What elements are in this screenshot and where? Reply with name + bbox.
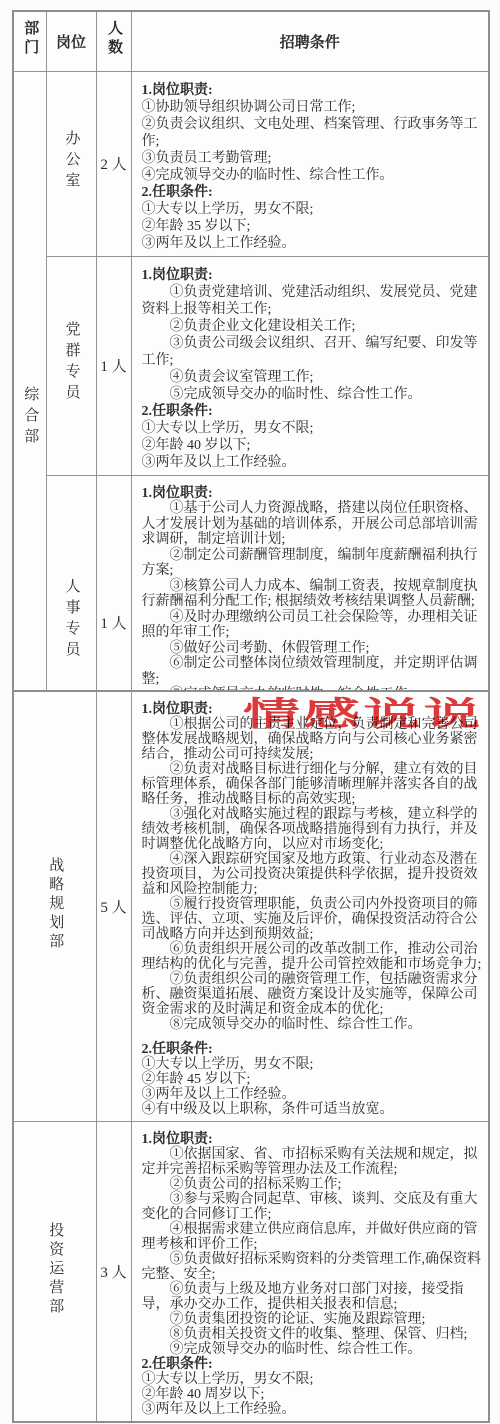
condition-line: ⑤完成领导交办的临时性、综合性工作。 bbox=[142, 386, 483, 403]
conditions-cell-strategy: 1.岗位职责:①根据公司的主责主业定位，负责制定和完善公司整体发展战略规划，确保… bbox=[131, 691, 489, 1122]
condition-line: ③两年及以上工作经验。 bbox=[142, 1087, 483, 1102]
post-label-office: 办公室 bbox=[64, 130, 79, 193]
section-heading: 1.岗位职责: bbox=[142, 267, 483, 284]
section-heading: 1.岗位职责: bbox=[142, 702, 483, 717]
condition-line: ①依据国家、省、市招标采购有关法规和规定，拟定并完善招标采购等管理办法及工作流程… bbox=[142, 1147, 483, 1177]
condition-line: ③核算公司人力成本、编制工资表，按规章制度执行薪酬福利分配工作; 根据绩效考核结… bbox=[142, 579, 483, 610]
condition-line: ①根据公司的主责主业定位，负责制定和完善公司整体发展战略规划，确保战略方向与公司… bbox=[142, 717, 483, 762]
count-cell-party: 1 人 bbox=[96, 256, 131, 475]
condition-line: ④及时办理缴纳公司员工社会保险等，办理相关证照的年审工作; bbox=[142, 610, 483, 641]
condition-line: ③负责公司级会议组织、召开、编写纪要、印发等工作; bbox=[142, 335, 483, 369]
post-cell-party: 党群专员 bbox=[46, 256, 96, 475]
section-heading: 2.任职条件: bbox=[142, 184, 483, 201]
header-count-label: 人数 bbox=[106, 20, 121, 58]
recruitment-table-other-depts: 战略规划部 5 人 1.岗位职责:①根据公司的主责主业定位，负责制定和完善公司整… bbox=[12, 690, 490, 1423]
header-conditions: 招聘条件 bbox=[131, 11, 489, 71]
conditions-text: 1.岗位职责:①依据国家、省、市招标采购有关法规和规定，拟定并完善招标采购等管理… bbox=[132, 1122, 489, 1421]
condition-line: ②年龄 40 岁以下; bbox=[142, 437, 483, 454]
table-row-strategy: 战略规划部 5 人 1.岗位职责:①根据公司的主责主业定位，负责制定和完善公司整… bbox=[13, 691, 489, 1122]
count-cell-investment: 3 人 bbox=[96, 1122, 131, 1423]
condition-line: ②制定公司薪酬管理制度，编制年度薪酬福利执行方案; bbox=[142, 548, 483, 579]
dept-cell-general: 综合部 bbox=[13, 71, 46, 770]
condition-line: ③参与采购合同起草、审核、谈判、交底及有重大变化的合同修订工作; bbox=[142, 1192, 483, 1222]
condition-line: ④根据需求建立供应商信息库，并做好供应商的管理考核和评价工作; bbox=[142, 1222, 483, 1252]
condition-line: ①协助领导组织协调公司日常工作; bbox=[142, 99, 483, 116]
condition-line: ③强化对战略实施过程的跟踪与考核，建立科学的绩效考核机制，确保各项战略措施得到有… bbox=[142, 807, 483, 852]
condition-line: ⑦负责组织公司的融资管理工作，包括融资需求分析、融资渠道拓展、融资方案设计及实施… bbox=[142, 972, 483, 1017]
condition-line: ⑨完成领导交办的临时性、综合性工作。 bbox=[142, 1342, 483, 1357]
post-label-hr: 人事专员 bbox=[64, 578, 79, 662]
condition-line: ⑥制定公司整体岗位绩效管理制度，并定期评估调整; bbox=[142, 656, 483, 687]
header-post: 岗位 bbox=[46, 11, 96, 71]
section-heading: 2.任职条件: bbox=[142, 403, 483, 420]
section-heading: 1.岗位职责: bbox=[142, 486, 483, 502]
section-heading: 1.岗位职责: bbox=[142, 1132, 483, 1147]
section-heading: 2.任职条件: bbox=[142, 1042, 483, 1057]
condition-line: ④有中级及以上职称，条件可适当放宽。 bbox=[142, 1102, 483, 1117]
condition-line: ③负责员工考勤管理; bbox=[142, 150, 483, 167]
condition-line: ④负责会议室管理工作; bbox=[142, 369, 483, 386]
conditions-text: 1.岗位职责:①负责党建培训、党建活动组织、发展党员、党建资料上报等相关工作;②… bbox=[132, 257, 489, 475]
condition-line: ③两年及以上工作经验。 bbox=[142, 1402, 483, 1417]
conditions-cell-office: 1.岗位职责:①协助领导组织协调公司日常工作;②负责会议组织、文电处理、档案管理… bbox=[131, 71, 489, 256]
condition-line: ①大专以上学历，男女不限; bbox=[142, 420, 483, 437]
condition-line: ②负责企业文化建设相关工作; bbox=[142, 318, 483, 335]
dept-cell-strategy: 战略规划部 bbox=[13, 691, 96, 1122]
condition-line: ②负责对战略目标进行细化与分解，建立有效的目标管理体系，确保各部门能够清晰理解并… bbox=[142, 762, 483, 807]
conditions-cell-investment: 1.岗位职责:①依据国家、省、市招标采购有关法规和规定，拟定并完善招标采购等管理… bbox=[131, 1122, 489, 1423]
condition-line: ⑥负责组织开展公司的改革改制工作，推动公司治理结构的优化与完善，提升公司管控效能… bbox=[142, 942, 483, 972]
condition-line: ④完成领导交办的临时性、综合性工作。 bbox=[142, 167, 483, 184]
conditions-cell-party: 1.岗位职责:①负责党建培训、党建活动组织、发展党员、党建资料上报等相关工作;②… bbox=[131, 256, 489, 475]
condition-line: ⑥负责与上级及地方业务对口部门对接，接受指导，承办交办工作，提供相关报表和信息; bbox=[142, 1282, 483, 1312]
condition-line: ⑤履行投资管理职能，负责公司内外投资项目的筛选、评估、立项、实施及后评价，确保投… bbox=[142, 897, 483, 942]
count-cell-strategy: 5 人 bbox=[96, 691, 131, 1122]
condition-line: ⑤做好公司考勤、休假管理工作; bbox=[142, 641, 483, 657]
condition-line: ②年龄 35 岁以下; bbox=[142, 218, 483, 235]
dept-cell-investment: 投资运营部 bbox=[13, 1122, 96, 1423]
post-cell-office: 办公室 bbox=[46, 71, 96, 256]
condition-line: ④深入跟踪研究国家及地方政策、行业动态及潜在投资项目，为公司投资决策提供科学依据… bbox=[142, 852, 483, 897]
table-row-office: 综合部 办公室 2 人 1.岗位职责:①协助领导组织协调公司日常工作;②负责会议… bbox=[13, 71, 489, 256]
post-label-party: 党群专员 bbox=[64, 321, 79, 405]
dept-label-strategy: 战略规划部 bbox=[47, 857, 62, 952]
header-count: 人数 bbox=[96, 11, 131, 71]
header-dept: 部门 bbox=[13, 11, 46, 71]
header-dept-label: 部门 bbox=[22, 20, 37, 58]
conditions-text: 1.岗位职责:①根据公司的主责主业定位，负责制定和完善公司整体发展战略规划，确保… bbox=[132, 692, 489, 1121]
table-row-investment: 投资运营部 3 人 1.岗位职责:①依据国家、省、市招标采购有关法规和规定，拟定… bbox=[13, 1122, 489, 1423]
condition-line: ⑧完成领导交办的临时性、综合性工作。 bbox=[142, 1017, 483, 1032]
condition-line: ②年龄 40 周岁以下; bbox=[142, 1387, 483, 1402]
recruitment-table-general-dept: 部门 岗位 人数 招聘条件 综合部 办公室 2 人 1.岗位职责:①协助领导组织… bbox=[12, 10, 490, 771]
scanned-document-page: 部门 岗位 人数 招聘条件 综合部 办公室 2 人 1.岗位职责:①协助领导组织… bbox=[0, 0, 500, 1424]
condition-line: ①大专以上学历，男女不限; bbox=[142, 1372, 483, 1387]
condition-line: ③两年及以上工作经验。 bbox=[142, 235, 483, 252]
table-row-party-affairs: 党群专员 1 人 1.岗位职责:①负责党建培训、党建活动组织、发展党员、党建资料… bbox=[13, 256, 489, 475]
condition-line: ⑤负责做好招标采购资料的分类管理工作,确保资料完整、安全; bbox=[142, 1252, 483, 1282]
condition-line: ③两年及以上工作经验。 bbox=[142, 454, 483, 471]
condition-line: ①基于公司人力资源战略，搭建以岗位任职资格、人才发展计划为基础的培训体系，开展公… bbox=[142, 501, 483, 548]
section-heading: 2.任职条件: bbox=[142, 1357, 483, 1372]
condition-line: ⑦负责集团投资的论证、实施及跟踪管理; bbox=[142, 1312, 483, 1327]
condition-line: ①大专以上学历，男女不限; bbox=[142, 1057, 483, 1072]
condition-line: ②年龄 45 岁以下; bbox=[142, 1072, 483, 1087]
condition-line: ②负责会议组织、文电处理、档案管理、行政事务等工作; bbox=[142, 116, 483, 150]
condition-line: ①大专以上学历，男女不限; bbox=[142, 201, 483, 218]
section-heading: 1.岗位职责: bbox=[142, 82, 483, 99]
condition-line: ②负责公司的招标采购工作; bbox=[142, 1177, 483, 1192]
condition-line: ⑧负责相关投资文件的收集、整理、保管、归档; bbox=[142, 1327, 483, 1342]
dept-label-general: 综合部 bbox=[22, 386, 37, 449]
dept-label-investment: 投资运营部 bbox=[47, 1222, 62, 1317]
conditions-text: 1.岗位职责:①协助领导组织协调公司日常工作;②负责会议组织、文电处理、档案管理… bbox=[132, 72, 489, 256]
count-cell-office: 2 人 bbox=[96, 71, 131, 256]
condition-line: ①负责党建培训、党建活动组织、发展党员、党建资料上报等相关工作; bbox=[142, 284, 483, 318]
table-header-row: 部门 岗位 人数 招聘条件 bbox=[13, 11, 489, 71]
